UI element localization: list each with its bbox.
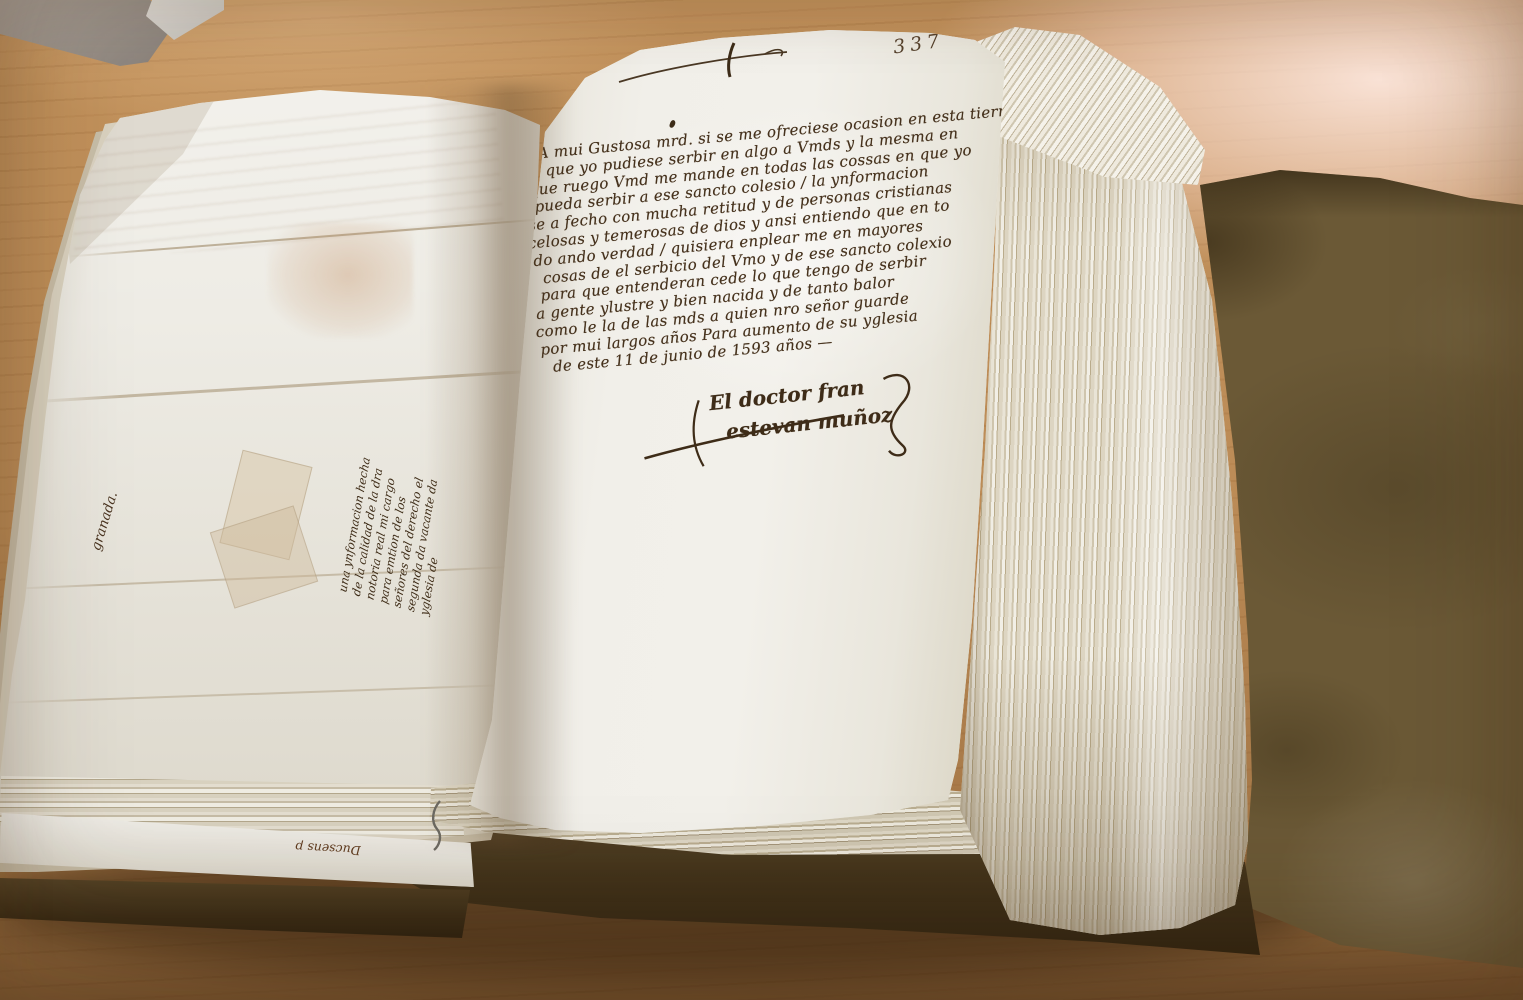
upside-down-note: Ducsens p <box>295 840 361 859</box>
gutter-shadow <box>425 85 575 845</box>
manuscript-text-block: A mui Gustosa mrd. si se me ofreciese oc… <box>519 104 1016 378</box>
ink-blot <box>669 119 676 128</box>
photo-scene: una ynformacion hecha de la calidad de l… <box>0 0 1523 1000</box>
paper-stain <box>268 223 413 338</box>
signature-block: El doctor fran estevan muñoz <box>636 362 945 493</box>
